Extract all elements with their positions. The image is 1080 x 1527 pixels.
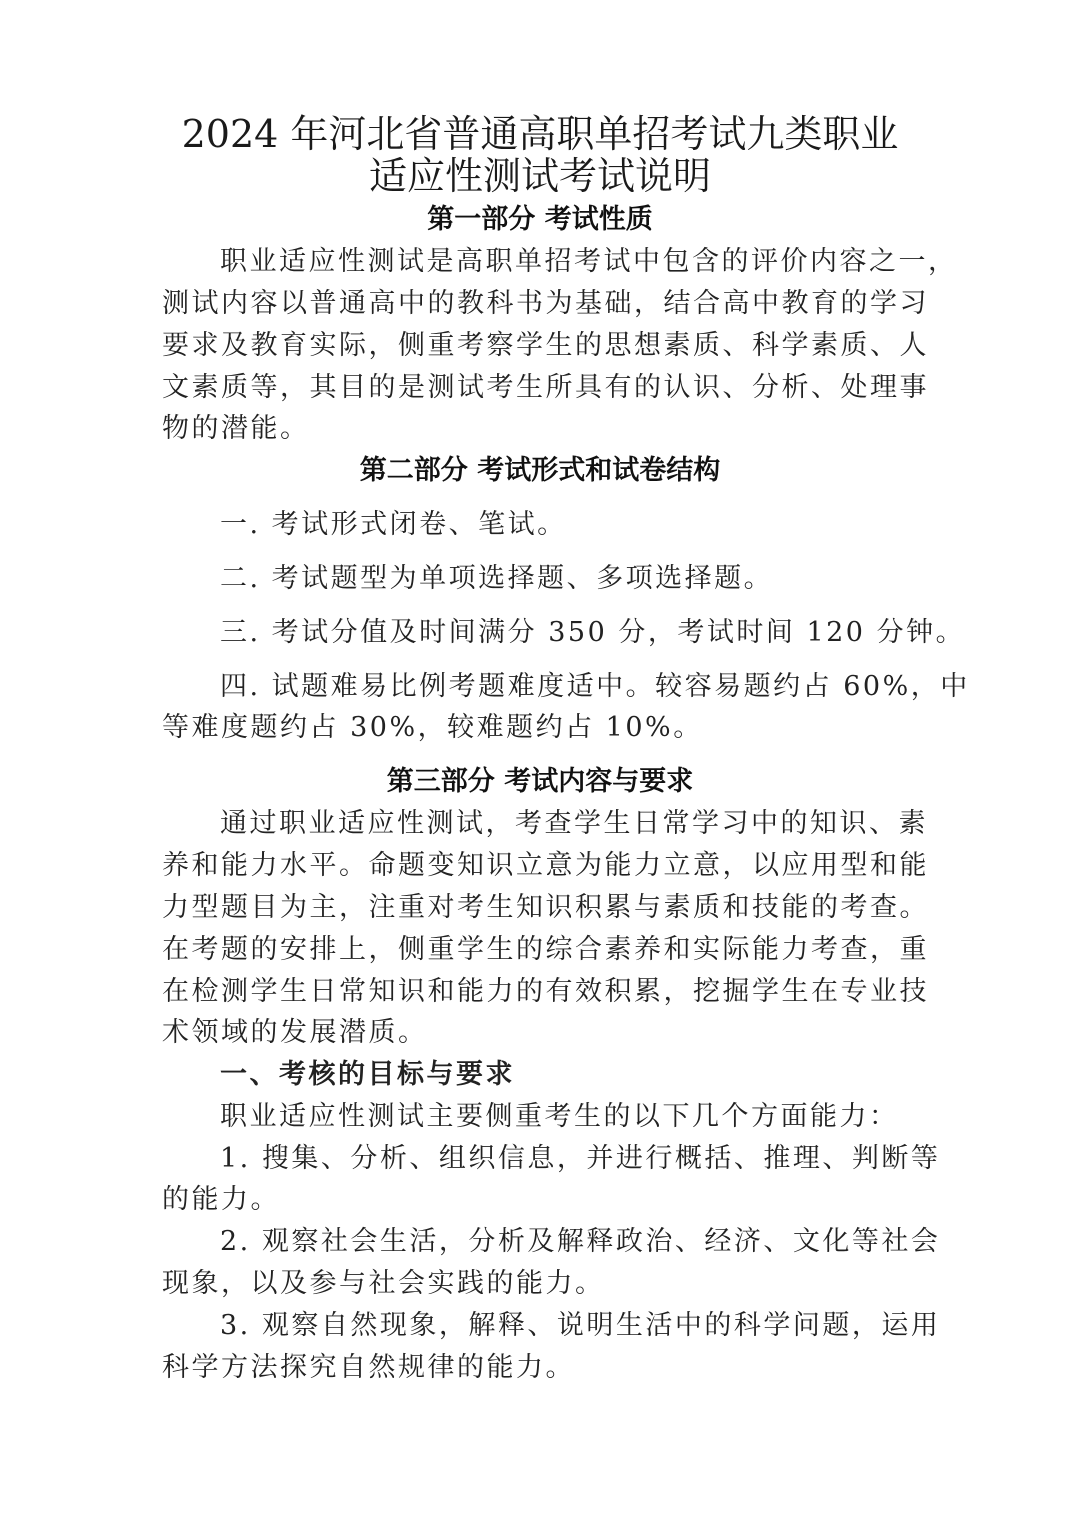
ability-item-3-line-1: 3. 观察自然现象，解释、说明生活中的科学问题，运用 — [220, 1310, 940, 1342]
document-page: 2024 年河北省普通高职单招考试九类职业 适应性测试考试说明 第一部分 考试性… — [0, 0, 1080, 1527]
ability-item-1-line-1: 1. 搜集、分析、组织信息，并进行概括、推理、判断等 — [220, 1143, 940, 1175]
part1-paragraph-line: 职业适应性测试是高职单招考试中包含的评价内容之一， — [220, 246, 958, 278]
part3-paragraph-line: 养和能力水平。命题变知识立意为能力立意，以应用型和能 — [162, 850, 929, 882]
part1-paragraph-line: 要求及教育实际，侧重考察学生的思想素质、科学素质、人 — [162, 330, 929, 362]
subsection1-intro: 职业适应性测试主要侧重考生的以下几个方面能力： — [220, 1101, 899, 1133]
part1-heading: 第一部分 考试性质 — [0, 204, 1080, 236]
part3-paragraph-line: 在考题的安排上，侧重学生的综合素养和实际能力考查，重 — [162, 934, 929, 966]
part3-paragraph-line: 通过职业适应性测试，考查学生日常学习中的知识、素 — [220, 808, 928, 840]
subsection1-heading: 一、考核的目标与要求 — [220, 1059, 515, 1091]
part1-paragraph-line: 测试内容以普通高中的教科书为基础，结合高中教育的学习 — [162, 288, 929, 320]
part2-item-continuation: 等难度题约占 30%，较难题约占 10%。 — [162, 712, 703, 744]
document-title-line-1: 2024 年河北省普通高职单招考试九类职业 — [0, 112, 1080, 156]
ability-item-2-line-1: 2. 观察社会生活，分析及解释政治、经济、文化等社会 — [220, 1226, 940, 1258]
part3-heading: 第三部分 考试内容与要求 — [0, 766, 1080, 798]
part1-paragraph-line: 文素质等，其目的是测试考生所具有的认识、分析、处理事 — [162, 372, 929, 404]
part3-paragraph-line: 力型题目为主，注重对考生知识积累与素质和技能的考查。 — [162, 892, 929, 924]
part2-item: 一. 考试形式闭卷、笔试。 — [220, 509, 567, 541]
part3-paragraph-line: 术领域的发展潜质。 — [162, 1017, 428, 1049]
part2-item: 二. 考试题型为单项选择题、多项选择题。 — [220, 563, 773, 595]
part2-item: 三. 考试分值及时间满分 350 分，考试时间 120 分钟。 — [220, 617, 965, 649]
ability-item-2-line-2: 现象，以及参与社会实践的能力。 — [162, 1268, 605, 1300]
part3-paragraph-line: 在检测学生日常知识和能力的有效积累，挖掘学生在专业技 — [162, 976, 929, 1008]
ability-item-3-line-2: 科学方法探究自然规律的能力。 — [162, 1352, 575, 1384]
part1-paragraph-line: 物的潜能。 — [162, 413, 310, 445]
ability-item-1-line-2: 的能力。 — [162, 1184, 280, 1216]
document-title-line-2: 适应性测试考试说明 — [0, 154, 1080, 198]
part2-heading: 第二部分 考试形式和试卷结构 — [0, 455, 1080, 487]
part2-item: 四. 试题难易比例考题难度适中。较容易题约占 60%，中 — [220, 671, 970, 703]
